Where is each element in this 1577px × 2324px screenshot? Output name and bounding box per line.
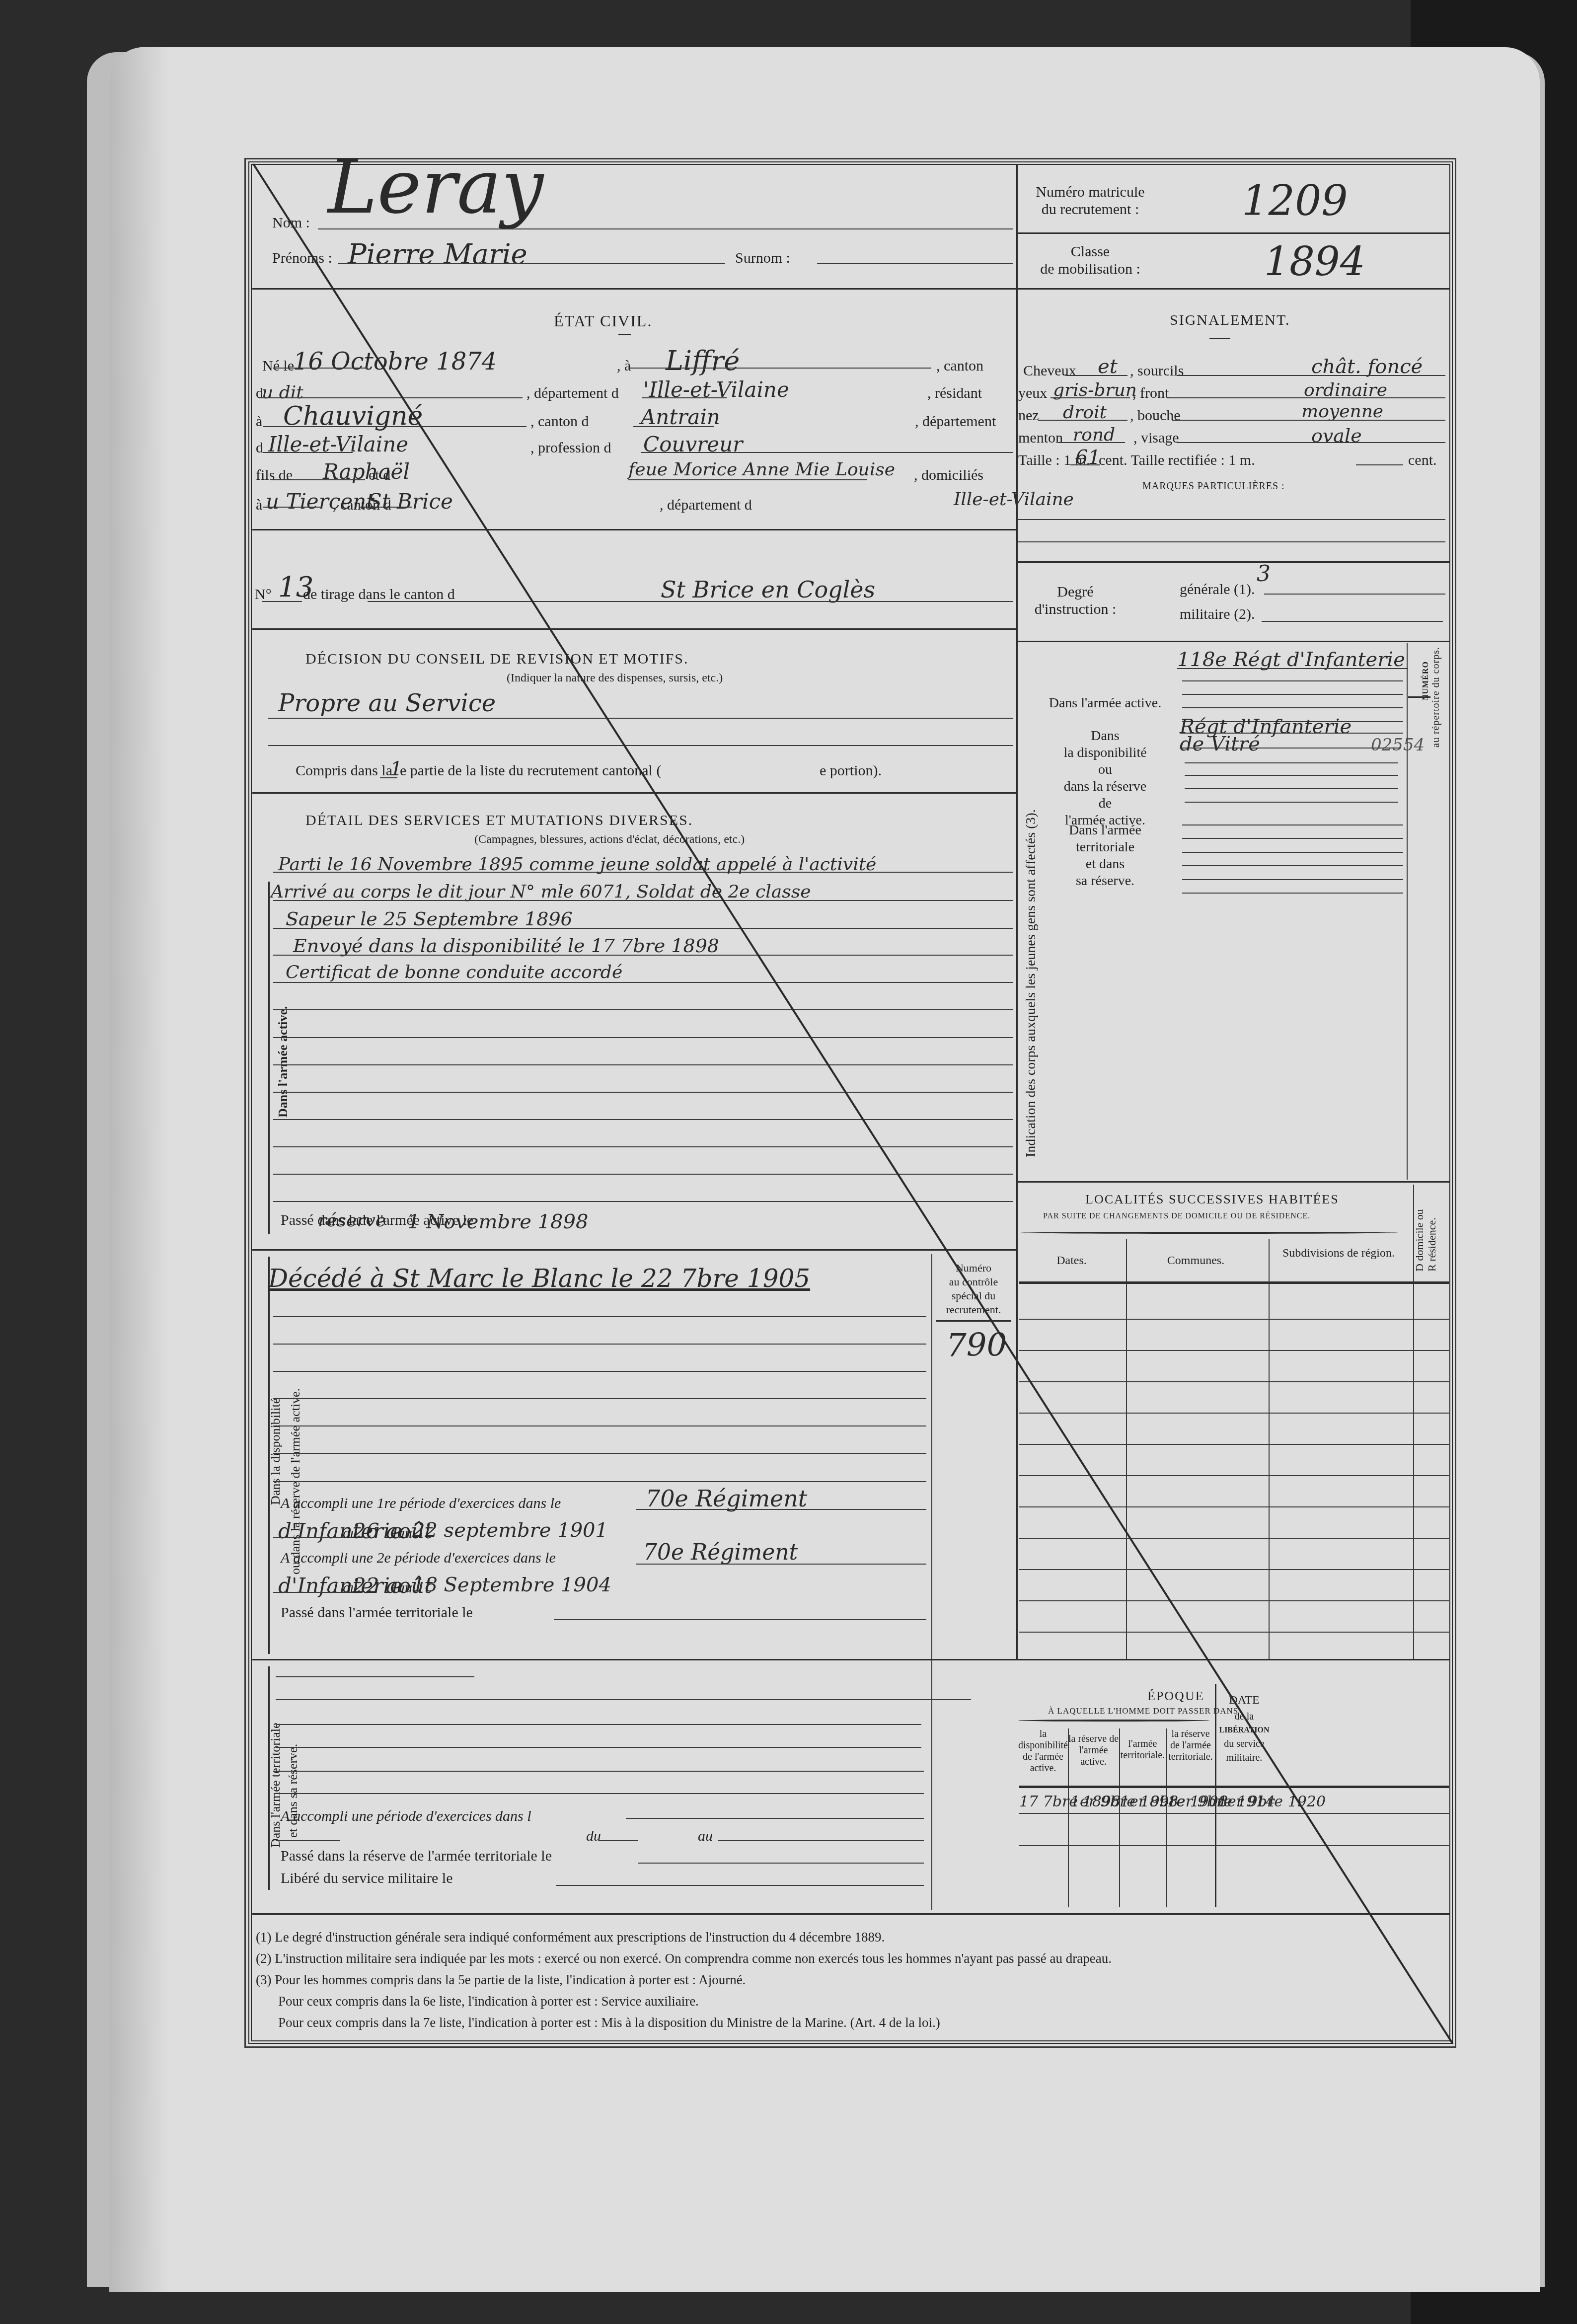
line: [1058, 442, 1125, 443]
residence-a-label: à: [256, 413, 262, 430]
signalement-title: SIGNALEMENT.: [1170, 312, 1290, 329]
divider-instruction: [1018, 641, 1449, 642]
taille-value: 61: [1075, 446, 1101, 469]
classe-label-1: Classe: [1016, 243, 1165, 260]
nom-label: Nom :: [272, 215, 310, 231]
corps-territoriale-label-line: sa réserve.: [1043, 873, 1167, 890]
periode1-au-label: au: [397, 1525, 412, 1542]
localites-col-line: [1269, 1239, 1270, 1659]
controle-col-divider: [931, 1254, 932, 1661]
conseil-subtitle: (Indiquer la nature des dispenses, sursi…: [507, 672, 723, 685]
numero-matricule-label-1: Numéro matricule: [1016, 184, 1165, 201]
line: [273, 900, 1013, 901]
line: [259, 397, 523, 398]
line: [273, 1146, 1013, 1147]
line: [380, 777, 397, 778]
controle-label-2: au contrôle: [934, 1275, 1013, 1288]
epoques-header-underline: [1019, 1786, 1449, 1788]
epoque-col-label: la réserve de l'armée territoriale.: [1166, 1728, 1215, 1763]
canton-label: , canton: [936, 358, 983, 375]
corps-active-label: Dans l'armée active.: [1048, 695, 1162, 711]
line: [554, 1619, 926, 1620]
epoque-col-line: [1166, 1728, 1167, 1907]
numero-label-1: NUMÉRO: [1422, 661, 1430, 700]
generale-label: générale (1).: [1180, 581, 1255, 598]
departement-label: , département d: [526, 385, 619, 402]
localites-title: LOCALITÉS SUCCESSIVES HABITÉES: [1085, 1192, 1339, 1207]
divider-disponibilite: [252, 1659, 1450, 1660]
line: [1177, 442, 1445, 443]
profession-label: , profession d: [530, 440, 611, 456]
footnote-4: Pour ceux compris dans la 6e liste, l'in…: [278, 1994, 699, 2009]
residence-departement-prefix: d: [256, 440, 263, 456]
service-entry: Arrivé au corps le dit jour N° mle 6071,…: [271, 882, 811, 902]
line: [1182, 680, 1403, 681]
cheveux-label: Cheveux: [1023, 363, 1076, 379]
column-divider-main: [1016, 164, 1018, 1659]
line: [262, 601, 302, 602]
generale-value: 3: [1257, 561, 1271, 587]
yeux-label: yeux: [1018, 385, 1047, 402]
epoques-brace: [1018, 1720, 1209, 1722]
line: [1182, 838, 1403, 839]
divider-matricule: [1018, 232, 1449, 234]
signalement-dash: [1209, 338, 1230, 339]
line: [263, 507, 320, 508]
line: [1172, 420, 1445, 421]
line: [276, 1747, 921, 1748]
localites-subtitle: PAR SUITE DE CHANGEMENTS DE DOMICILE OU …: [1043, 1212, 1310, 1221]
line: [1182, 852, 1403, 853]
passe-territoriale-label: Passé dans l'armée territoriale le: [281, 1604, 473, 1621]
footnote-3: (3) Pour les hommes compris dans la 5e p…: [256, 1972, 746, 1988]
line: [1182, 707, 1403, 708]
line: [1065, 375, 1127, 376]
corps-territoriale-label-line: et dans: [1043, 856, 1167, 873]
service-entry: Envoyé dans la disponibilité le 17 7bre …: [293, 935, 719, 957]
domicile-a-label: à: [256, 497, 262, 514]
line: [1019, 1538, 1449, 1539]
line: [1182, 879, 1403, 880]
corps-dispo-numero: 02554: [1371, 735, 1425, 755]
line: [273, 368, 368, 369]
numero-matricule-label-2: du recrutement :: [1016, 201, 1165, 218]
localites-col-line: [1413, 1185, 1414, 1659]
periode2-au: 18 Septembre 1904: [412, 1574, 611, 1596]
localites-side-label-2: R résidence.: [1426, 1217, 1438, 1272]
line: [642, 397, 727, 398]
line: [273, 955, 1013, 956]
etat-civil-title: ÉTAT CIVIL.: [554, 312, 652, 330]
corps-territoriale-label-line: Dans l'armée: [1043, 822, 1167, 839]
line: [628, 368, 931, 369]
libere-label: Libéré du service militaire le: [281, 1870, 453, 1887]
periode1-corps: 70e Régiment: [646, 1485, 807, 1512]
divider-identity: [252, 288, 1016, 290]
domicile-canton-value: St Brice: [368, 489, 453, 514]
services-subtitle: (Campagnes, blessures, actions d'éclat, …: [474, 833, 745, 846]
line: [273, 1425, 926, 1426]
line: [273, 982, 1013, 983]
line: [1019, 1475, 1449, 1476]
territoriale-du-label: du: [586, 1828, 601, 1845]
conseil-title: DÉCISION DU CONSEIL DE REVISION ET MOTIF…: [305, 651, 689, 668]
line: [273, 1009, 1013, 1010]
divider-classe: [1018, 288, 1449, 290]
line: [1038, 420, 1127, 421]
line: [1264, 594, 1445, 595]
line: [278, 1793, 924, 1794]
line: [273, 1092, 1013, 1093]
marques-title: MARQUES PARTICULIÈRES :: [1142, 481, 1285, 492]
surnom-label: Surnom :: [735, 250, 790, 267]
line: [273, 1174, 1013, 1175]
line: [1177, 668, 1408, 669]
line: [1019, 1813, 1449, 1814]
epoques-subtitle: À LAQUELLE L'HOMME DOIT PASSER DANS: [1048, 1706, 1238, 1716]
line: [1019, 1444, 1449, 1445]
cent-label: cent.: [1408, 452, 1436, 469]
line: [276, 1699, 971, 1700]
line: [1019, 1506, 1449, 1507]
instruction-label-1: Degré: [1033, 584, 1118, 600]
bouche-value: moyenne: [1301, 401, 1383, 422]
domicile-departement-label: , département d: [660, 497, 752, 514]
domicile-departement-value: Ille-et-Vilaine: [954, 489, 1074, 510]
line: [359, 507, 412, 508]
ne-le-label: Né le: [262, 358, 294, 375]
territoriale-au-label: au: [698, 1828, 713, 1845]
territoriale-col-divider: [931, 1661, 932, 1910]
divider-corps: [1018, 1181, 1449, 1183]
line: [273, 1453, 926, 1454]
classe-label-2: de mobilisation :: [1016, 261, 1165, 278]
line: [636, 1509, 926, 1510]
line: [273, 1371, 926, 1372]
prenoms-line: [338, 263, 725, 264]
sourcils-label: , sourcils: [1130, 363, 1184, 379]
visage-label: , visage: [1133, 430, 1179, 447]
line: [638, 1863, 924, 1864]
line: [636, 1564, 926, 1565]
date-naissance: 16 Octobre 1874: [293, 348, 497, 375]
line: [628, 479, 867, 480]
deces-note: Décédé à St Marc le Blanc le 22 7bre 190…: [268, 1264, 810, 1293]
line: [273, 1771, 924, 1772]
liberation-label-2: de la: [1217, 1711, 1272, 1723]
nom-value: Leray: [328, 144, 543, 230]
periode1-au: 22 septembre 1901: [412, 1519, 608, 1542]
line: [368, 601, 1013, 602]
line: [1182, 694, 1403, 695]
line: [1185, 762, 1398, 763]
page-gutter-shade: [109, 47, 169, 2292]
conseil-decision: Propre au Service: [278, 689, 496, 717]
line: [268, 718, 1013, 719]
bouche-label: , bouche: [1130, 407, 1181, 424]
localites-col-subdivisions: Subdivisions de région.: [1267, 1247, 1411, 1260]
corps-dispo-label-line: la disponibilité: [1043, 745, 1167, 761]
menton-label: menton: [1018, 430, 1063, 447]
controle-label-3: spécial du: [934, 1289, 1013, 1302]
corps-dispo-label-line: Dans: [1043, 728, 1167, 745]
line: [273, 1064, 1013, 1065]
divider-signalement: [1018, 561, 1449, 563]
divider-footnotes: [252, 1913, 1450, 1915]
prenoms-label: Prénoms :: [272, 250, 332, 267]
instruction-label-2: d'instruction :: [1033, 601, 1118, 618]
corps-territoriale-label-line: territoriale: [1043, 839, 1167, 856]
line: [1356, 464, 1403, 465]
corps-dispo-label-line: dans la réserve: [1043, 778, 1167, 795]
localites-col-line: [1126, 1239, 1127, 1659]
controle-underline: [936, 1320, 1011, 1322]
line: [1018, 541, 1445, 542]
divider-conseil: [252, 792, 1016, 794]
line: [273, 1201, 1013, 1202]
prenoms-value: Pierre Marie: [348, 238, 527, 271]
line: [1182, 865, 1403, 866]
line: [273, 872, 1013, 873]
territoriale-side-label-1: Dans l'armée territoriale: [268, 1723, 283, 1848]
passe-reserve-date: 1 Novembre 1898: [407, 1210, 588, 1233]
etat-civil-dash: [618, 334, 631, 335]
compris-label-3: e portion).: [820, 762, 882, 779]
corps-dispo-label-line: de: [1043, 795, 1167, 812]
line: [273, 1398, 926, 1399]
localites-col-dates: Dates.: [1018, 1254, 1125, 1268]
compris-label-2: e partie de la liste du recrutement cant…: [400, 762, 661, 779]
liberation-label-4: du service: [1217, 1738, 1272, 1750]
line: [273, 1481, 926, 1482]
line: [599, 1840, 638, 1841]
footnote-2: (2) L'instruction militaire sera indiqué…: [256, 1951, 1112, 1966]
periode1-label: A accompli une 1re période d'exercices d…: [281, 1495, 561, 1512]
services-bracket: [268, 882, 270, 1234]
domicilies-label: , domiciliés: [914, 467, 983, 484]
liberation-label-3: LIBÉRATION: [1217, 1726, 1272, 1735]
line: [276, 1840, 340, 1841]
visage-value: ovale: [1311, 425, 1362, 447]
line: [268, 745, 1013, 746]
epoque-col-line: [1119, 1728, 1120, 1907]
controle-label-1: Numéro: [934, 1262, 1013, 1274]
canton-value: u dit: [262, 382, 303, 403]
localites-header-underline: [1019, 1281, 1449, 1284]
a-label: , à: [617, 358, 631, 375]
divider-services: [252, 1249, 1016, 1251]
residence-canton-value: Antrain: [641, 405, 720, 429]
liberation-label-1: DATE: [1217, 1694, 1272, 1707]
surnom-line: [817, 263, 1013, 264]
territoriale-passe-reserve-label: Passé dans la réserve de l'armée territo…: [281, 1848, 552, 1865]
line: [276, 1724, 921, 1725]
line: [1182, 825, 1403, 825]
epoque-col-label: la disponibilité de l'armée active.: [1018, 1728, 1068, 1774]
liberation-value: 1er 9bre 1920: [1218, 1793, 1326, 1810]
line: [1018, 519, 1445, 520]
localites-side-label-1: D domicile ou: [1413, 1209, 1426, 1272]
line: [273, 928, 1013, 929]
line: [1182, 893, 1403, 894]
localites-brace: [1021, 1232, 1398, 1234]
line: [1070, 464, 1100, 465]
line: [556, 1885, 924, 1886]
divider-etat-civil: [252, 529, 1016, 530]
services-side-label: Dans l'armée active.: [276, 1006, 291, 1118]
tirage-canton-value: St Brice en Coglès: [661, 576, 875, 603]
line: [1019, 1413, 1449, 1414]
footnote-1: (1) Le degré d'instruction générale sera…: [256, 1930, 885, 1945]
corps-dispo-value-2: de Vitré: [1180, 733, 1260, 755]
liberation-label-5: militaire.: [1217, 1752, 1272, 1764]
line: [1019, 1569, 1449, 1570]
corps-dispo-label: Dans la disponibilité ou dans la réserve…: [1043, 728, 1167, 829]
compris-label-1: Compris dans la: [296, 762, 392, 779]
form-frame: [248, 161, 1453, 2044]
numero-underline: [1408, 696, 1430, 698]
service-entry: Sapeur le 25 Septembre 1896: [286, 908, 573, 930]
numero-col-divider: [1407, 643, 1408, 1180]
line: [276, 1676, 474, 1677]
localites-col-communes: Communes.: [1125, 1254, 1267, 1268]
et-de-label: et d: [369, 467, 390, 484]
nom-line: [318, 228, 1013, 229]
residence-canton-label: , canton d: [530, 413, 589, 430]
epoques-title: ÉPOQUE: [1147, 1689, 1204, 1704]
line: [718, 1840, 924, 1841]
periode2-corps: 70e Régiment: [643, 1540, 798, 1565]
epoque-col-label: la réserve de l'armée active.: [1068, 1733, 1119, 1768]
line: [626, 1818, 924, 1819]
epoque-col-label: l'armée territoriale.: [1119, 1738, 1166, 1761]
controle-label-4: recrutement.: [934, 1303, 1013, 1316]
footnote-5: Pour ceux compris dans la 7e liste, l'in…: [278, 2015, 940, 2030]
line: [263, 452, 353, 453]
line: [1019, 1600, 1449, 1601]
line: [273, 1344, 926, 1345]
taille-cent-label: cent. Taille rectifiée : 1 m.: [1099, 452, 1255, 469]
periode2-au-label: au: [397, 1579, 412, 1596]
corps-affectes-side-label: Indication des corps auxquels les jeunes…: [1023, 809, 1039, 1157]
line: [1167, 397, 1445, 398]
line: [633, 426, 714, 427]
controle-value: 790: [946, 1327, 1007, 1364]
tirage-no-label: N°: [255, 586, 272, 603]
corps-dispo-label-line: ou: [1043, 761, 1167, 778]
periode2-label: A accompli une 2e période d'exercices da…: [281, 1550, 556, 1567]
line: [271, 479, 365, 480]
nez-label: nez: [1018, 407, 1039, 424]
mere-value: feue Morice Anne Mie Louise: [628, 459, 895, 480]
line: [1019, 1319, 1449, 1320]
numero-matricule-value: 1209: [1242, 176, 1348, 225]
line: [1019, 1350, 1449, 1351]
front-label: , front: [1132, 385, 1169, 402]
line: [1262, 621, 1443, 622]
corps-territoriale-label: Dans l'armée territoriale et dans sa rés…: [1043, 822, 1167, 890]
numero-label-2: au répertoire du corps.: [1430, 647, 1442, 748]
line: [641, 452, 1013, 453]
line: [1019, 1845, 1449, 1846]
services-title: DÉTAIL DES SERVICES ET MUTATIONS DIVERSE…: [305, 812, 693, 829]
line: [273, 1119, 1013, 1120]
classe-value: 1894: [1264, 238, 1365, 285]
line: [273, 1037, 1013, 1038]
line: [1019, 1381, 1449, 1382]
line: [1180, 748, 1401, 749]
line: [1185, 775, 1398, 776]
line: [1177, 375, 1445, 376]
line: [1185, 802, 1398, 803]
line: [273, 1316, 926, 1317]
line: [1019, 1632, 1449, 1633]
epoque-col-line: [1068, 1728, 1069, 1907]
line: [1185, 788, 1398, 789]
divider-tirage: [252, 628, 1016, 630]
disponibilite-side-label-1: Dans la disponibilité: [268, 1398, 283, 1505]
service-entry: Certificat de bonne conduite accordé: [286, 962, 622, 982]
fils-de-label: fils de: [256, 467, 293, 484]
line: [1051, 397, 1130, 398]
lieu-naissance: Liffré: [666, 345, 740, 376]
militaire-label: militaire (2).: [1180, 606, 1255, 623]
territoriale-periode-label: A accompli une période d'exercices dans …: [281, 1808, 531, 1825]
residence-departement-label: , département: [915, 413, 996, 430]
tirage-canton-label: de tirage dans le canton d: [303, 586, 455, 603]
line: [263, 426, 526, 427]
residant-label: , résidant: [927, 385, 982, 402]
